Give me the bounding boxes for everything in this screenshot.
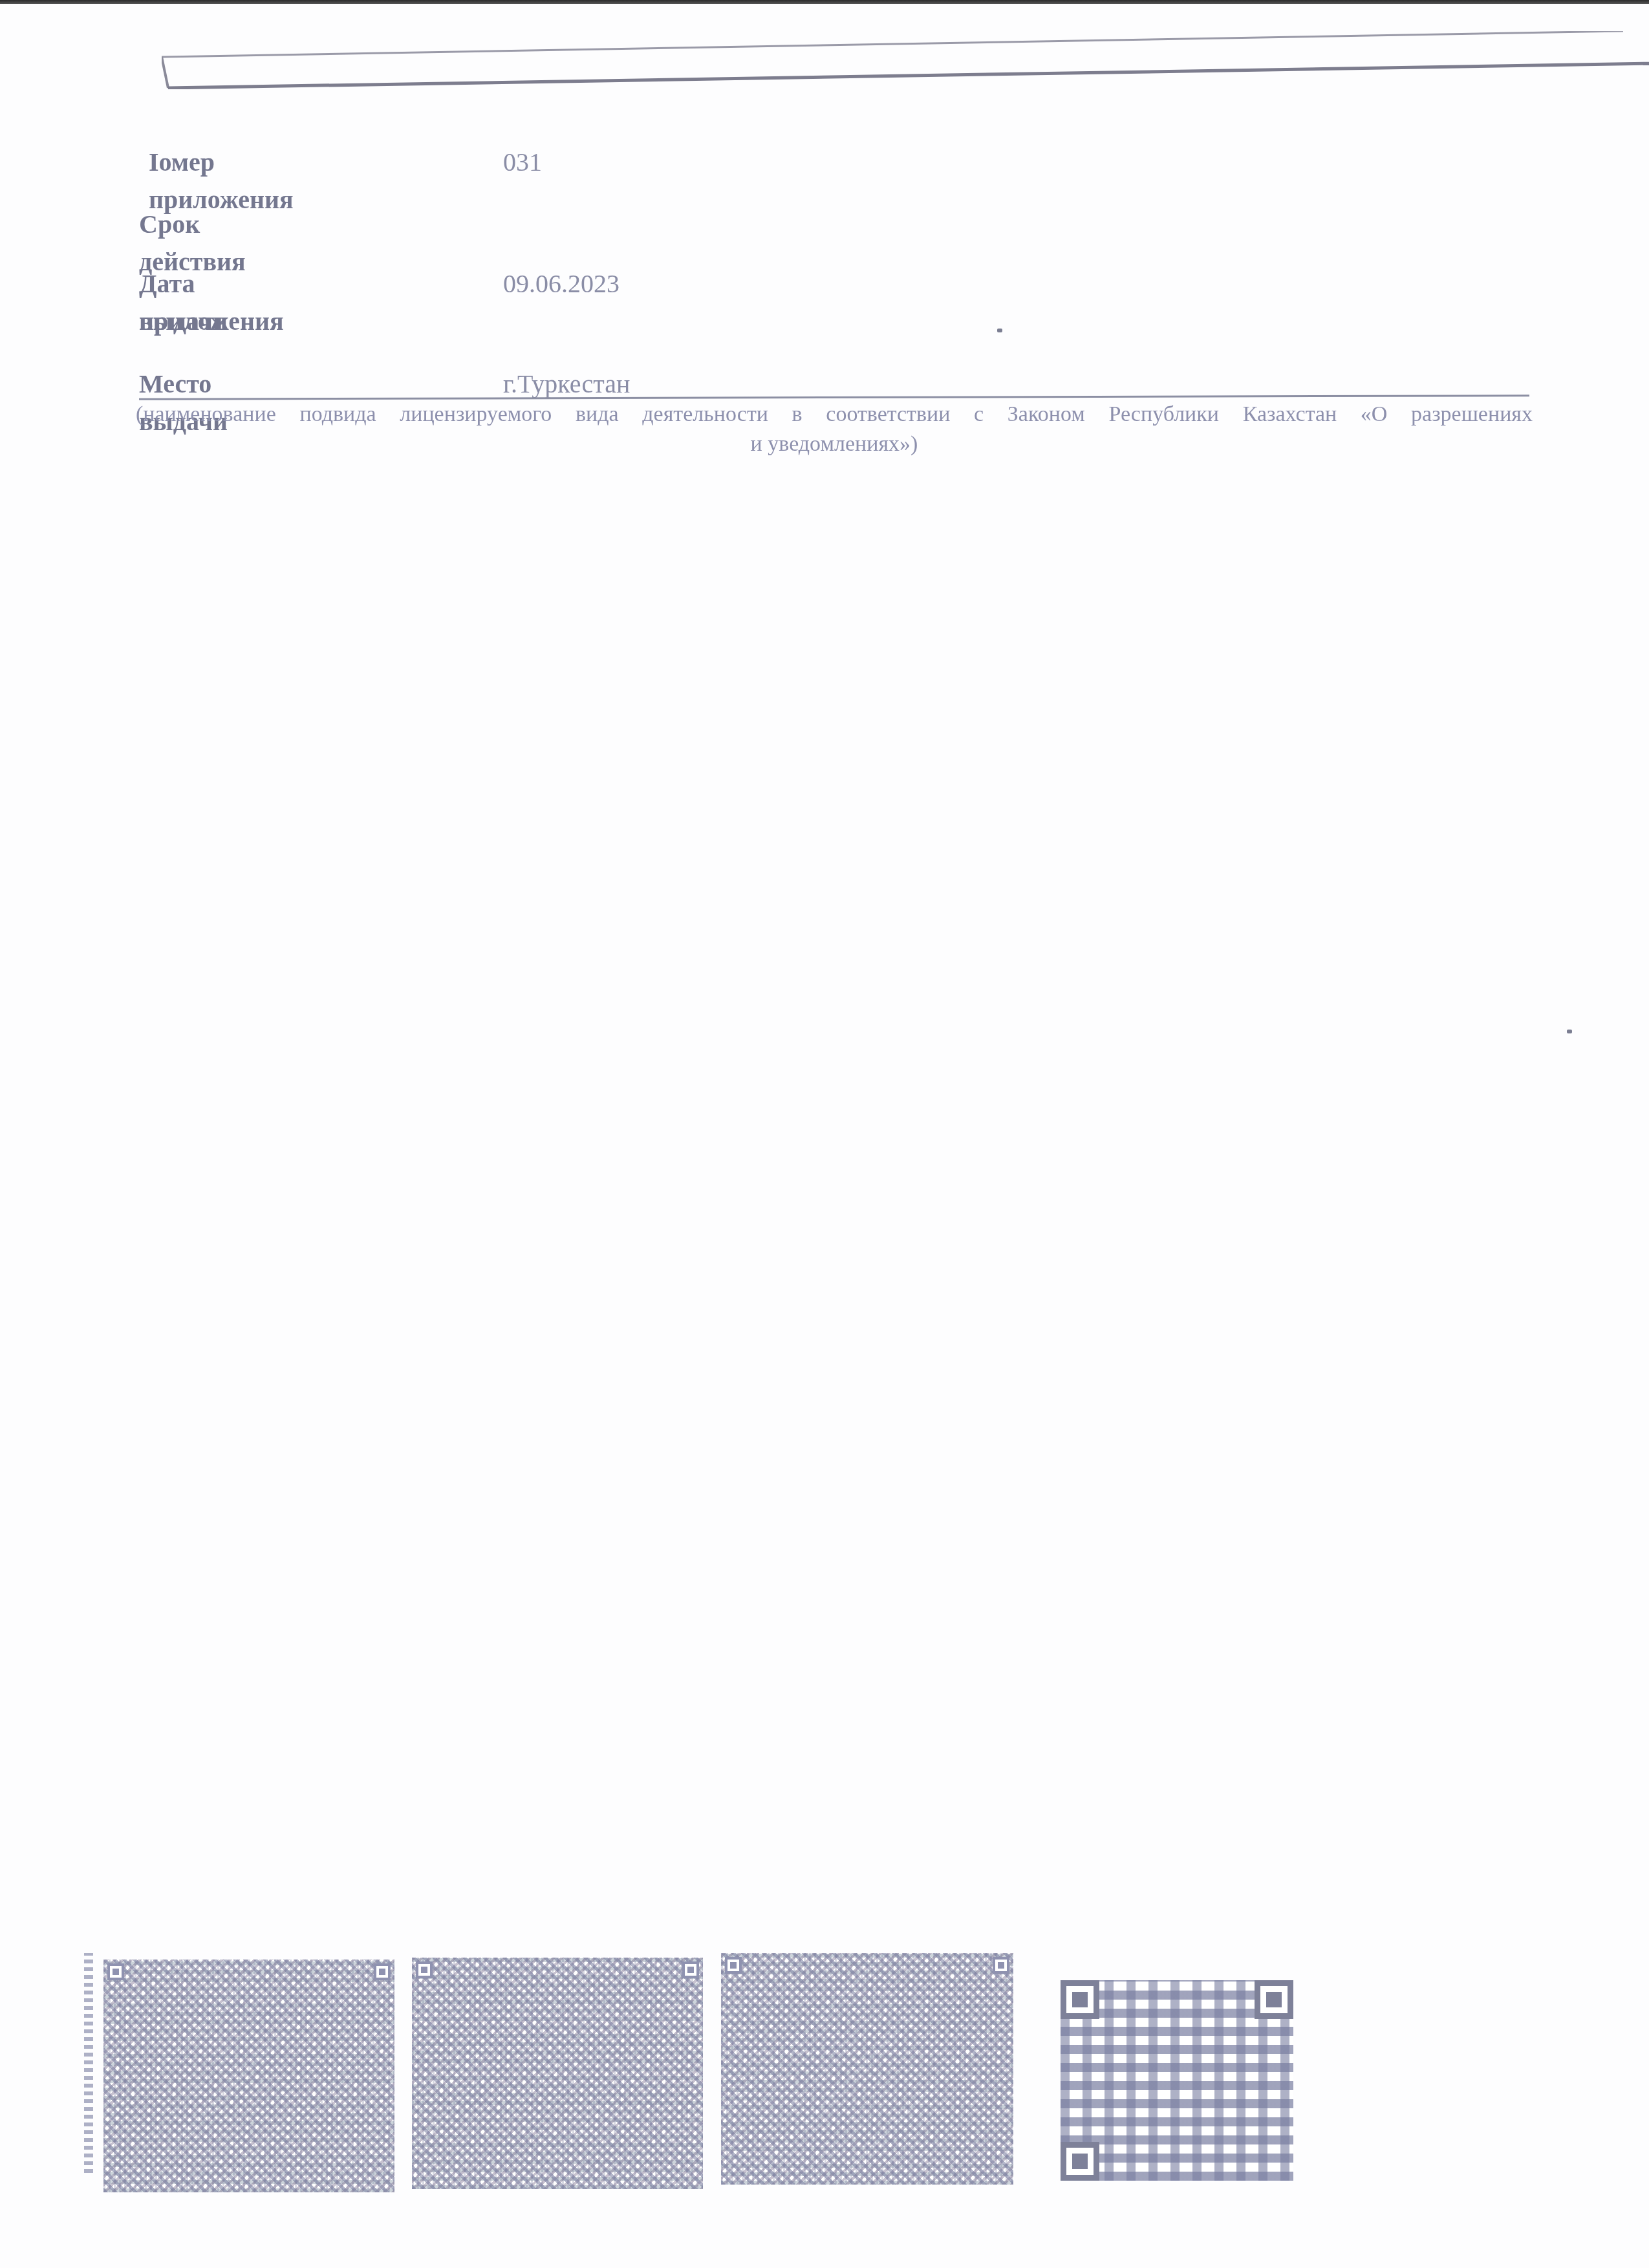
qr-finder-icon [416, 1961, 433, 1978]
caption-line-1: (наименование подвида лицензируемого вид… [136, 400, 1533, 429]
issue-date-label-line2: приложения [139, 303, 284, 340]
qr-code-1 [103, 1960, 394, 2192]
issue-date-value: 09.06.2023 [503, 265, 620, 303]
caption-line-2: и уведомлениях») [136, 429, 1533, 459]
qr-finder-icon [107, 1963, 124, 1980]
qr-finder-icon [682, 1961, 699, 1978]
qr-code-3 [721, 1953, 1013, 2185]
qr-code-4 [1061, 1980, 1293, 2181]
qr-finder-icon [1255, 1980, 1293, 2019]
qr-finder-icon [725, 1957, 742, 1974]
scan-speck [997, 329, 1002, 332]
appendix-number-value: 031 [503, 144, 542, 181]
qr-finder-icon [1061, 2142, 1099, 2181]
caption-note: (наименование подвида лицензируемого вид… [136, 400, 1533, 459]
scan-speck [1567, 1030, 1572, 1033]
qr-finder-icon [1061, 1980, 1099, 2019]
qr-code-edge-strip [84, 1953, 93, 2173]
scan-edge [0, 0, 1649, 4]
qr-code-2 [412, 1958, 703, 2189]
paper-fold-shadow [162, 31, 1649, 89]
qr-finder-icon [374, 1963, 391, 1980]
qr-finder-icon [993, 1957, 1009, 1974]
